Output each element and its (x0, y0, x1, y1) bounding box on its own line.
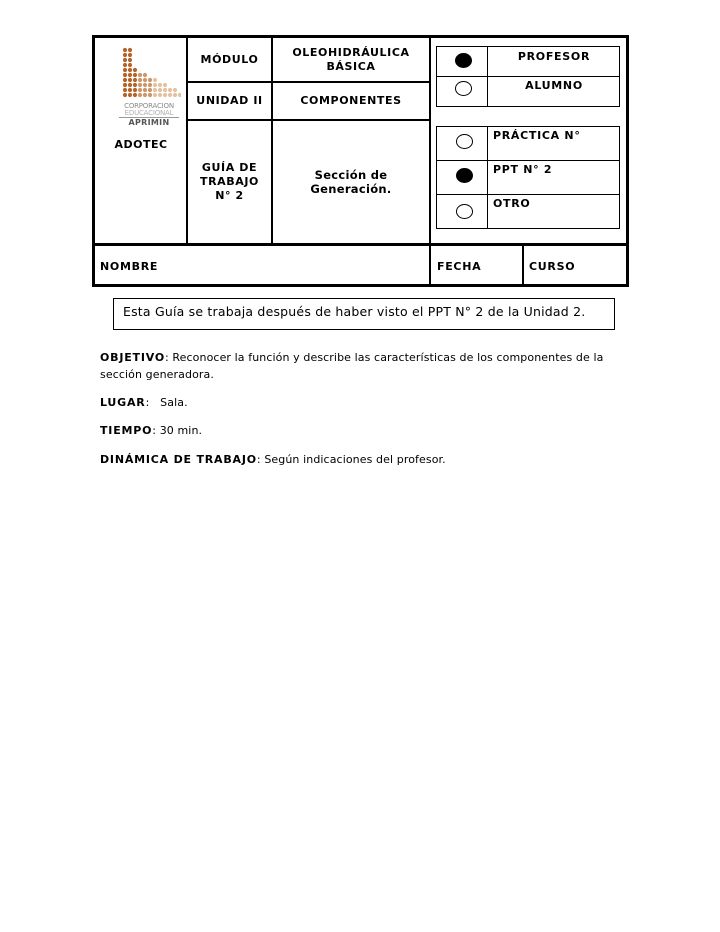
logo-line-3: APRIMIN (117, 118, 181, 128)
tiempo-label: TIEMPO (100, 424, 152, 437)
otro-label: OTRO (493, 197, 530, 210)
lugar-label: LUGAR (100, 396, 146, 409)
ppt-radio[interactable] (456, 168, 473, 183)
dinamica-label: DINÁMICA DE TRABAJO (100, 453, 257, 466)
alumno-radio[interactable] (455, 81, 472, 96)
profesor-label: PROFESOR (489, 50, 619, 63)
aprimin-logo: CORPORACION EDUCACIONAL APRIMIN (117, 46, 181, 130)
lugar-text: Sala. (160, 396, 188, 409)
modulo-value: OLEOHIDRÁULICA BÁSICA (273, 38, 429, 81)
unidad-label: UNIDAD II (188, 83, 271, 119)
dinamica-text: Según indicaciones del profesor. (264, 453, 445, 466)
modulo-label: MÓDULO (188, 38, 271, 81)
tiempo-paragraph: TIEMPO: 30 min. (100, 422, 615, 439)
lugar-paragraph: LUGAR: Sala. (100, 394, 615, 411)
guia-value: Sección de Generación. (273, 121, 429, 243)
objetivo-text: Reconocer la función y describe las cara… (100, 351, 603, 381)
curso-field[interactable] (572, 247, 624, 284)
fecha-field[interactable] (480, 247, 520, 284)
tiempo-text: 30 min. (160, 424, 202, 437)
ppt-label: PPT N° 2 (493, 163, 552, 176)
profesor-radio[interactable] (455, 53, 472, 68)
guia-label: GUÍA DE TRABAJO N° 2 (190, 121, 269, 243)
nombre-label: NOMBRE (100, 260, 158, 273)
otro-radio[interactable] (456, 204, 473, 219)
objetivo-label: OBJETIVO (100, 351, 165, 364)
divider (522, 245, 524, 286)
alumno-label: ALUMNO (489, 79, 619, 92)
type-group: PRÁCTICA N° PPT N° 2 OTRO (436, 126, 620, 229)
nombre-field[interactable] (190, 247, 426, 284)
practica-radio[interactable] (456, 134, 473, 149)
objetivo-paragraph: OBJETIVO: Reconocer la función y describ… (100, 349, 615, 383)
practica-label: PRÁCTICA N° (493, 129, 581, 142)
logo-line-2: EDUCACIONAL (117, 109, 181, 117)
note-box: Esta Guía se trabaja después de haber vi… (113, 298, 615, 330)
unidad-value: COMPONENTES (273, 83, 429, 119)
curso-label: CURSO (529, 260, 575, 273)
divider (93, 243, 627, 246)
org-name: ADOTEC (95, 138, 187, 151)
fecha-label: FECHA (437, 260, 481, 273)
divider (429, 36, 431, 286)
audience-group: PROFESOR ALUMNO (436, 46, 620, 107)
dinamica-paragraph: DINÁMICA DE TRABAJO: Según indicaciones … (100, 451, 615, 468)
